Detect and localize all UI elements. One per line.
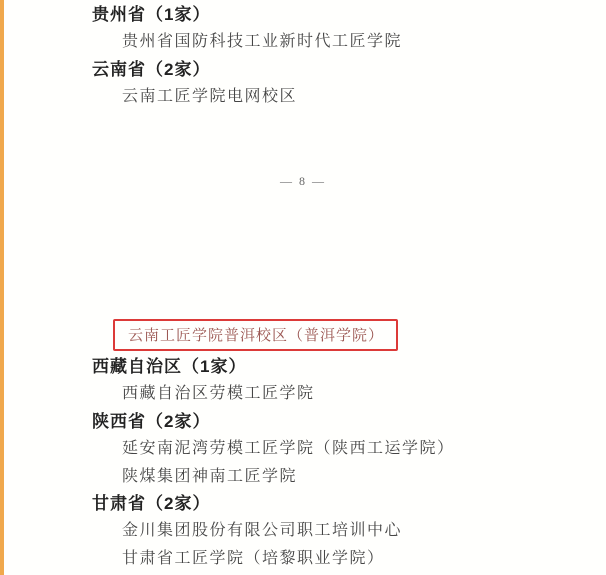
page-number: — 8 — (0, 174, 606, 189)
page-8-content: 贵州省（1家） 贵州省国防科技工业新时代工匠学院 云南省（2家） 云南工匠学院电… (92, 1, 402, 111)
institution-item: 西藏自治区劳模工匠学院 (92, 380, 455, 407)
institution-item: 云南工匠学院电网校区 (92, 83, 402, 110)
institution-item: 延安南泥湾劳模工匠学院（陕西工运学院） (92, 435, 455, 462)
institution-item: 陕煤集团神南工匠学院 (92, 463, 455, 490)
institution-item: 甘肃省工匠学院（培黎职业学院） (92, 545, 455, 572)
institution-item: 贵州省国防科技工业新时代工匠学院 (92, 28, 402, 55)
institution-item: 金川集团股份有限公司职工培训中心 (92, 517, 455, 544)
province-heading-gansu: 甘肃省（2家） (92, 490, 455, 517)
page-9-content: 西藏自治区（1家） 西藏自治区劳模工匠学院 陕西省（2家） 延安南泥湾劳模工匠学… (92, 353, 455, 572)
left-accent-strip (0, 0, 4, 575)
province-heading-yunnan: 云南省（2家） (92, 56, 402, 83)
highlighted-institution-box: 云南工匠学院普洱校区（普洱学院） (113, 319, 398, 351)
province-heading-xizang: 西藏自治区（1家） (92, 353, 455, 380)
province-heading-guizhou: 贵州省（1家） (92, 1, 402, 28)
document-page: 贵州省（1家） 贵州省国防科技工业新时代工匠学院 云南省（2家） 云南工匠学院电… (0, 0, 606, 575)
province-heading-shaanxi: 陕西省（2家） (92, 408, 455, 435)
highlighted-institution-text: 云南工匠学院普洱校区（普洱学院） (128, 328, 384, 344)
